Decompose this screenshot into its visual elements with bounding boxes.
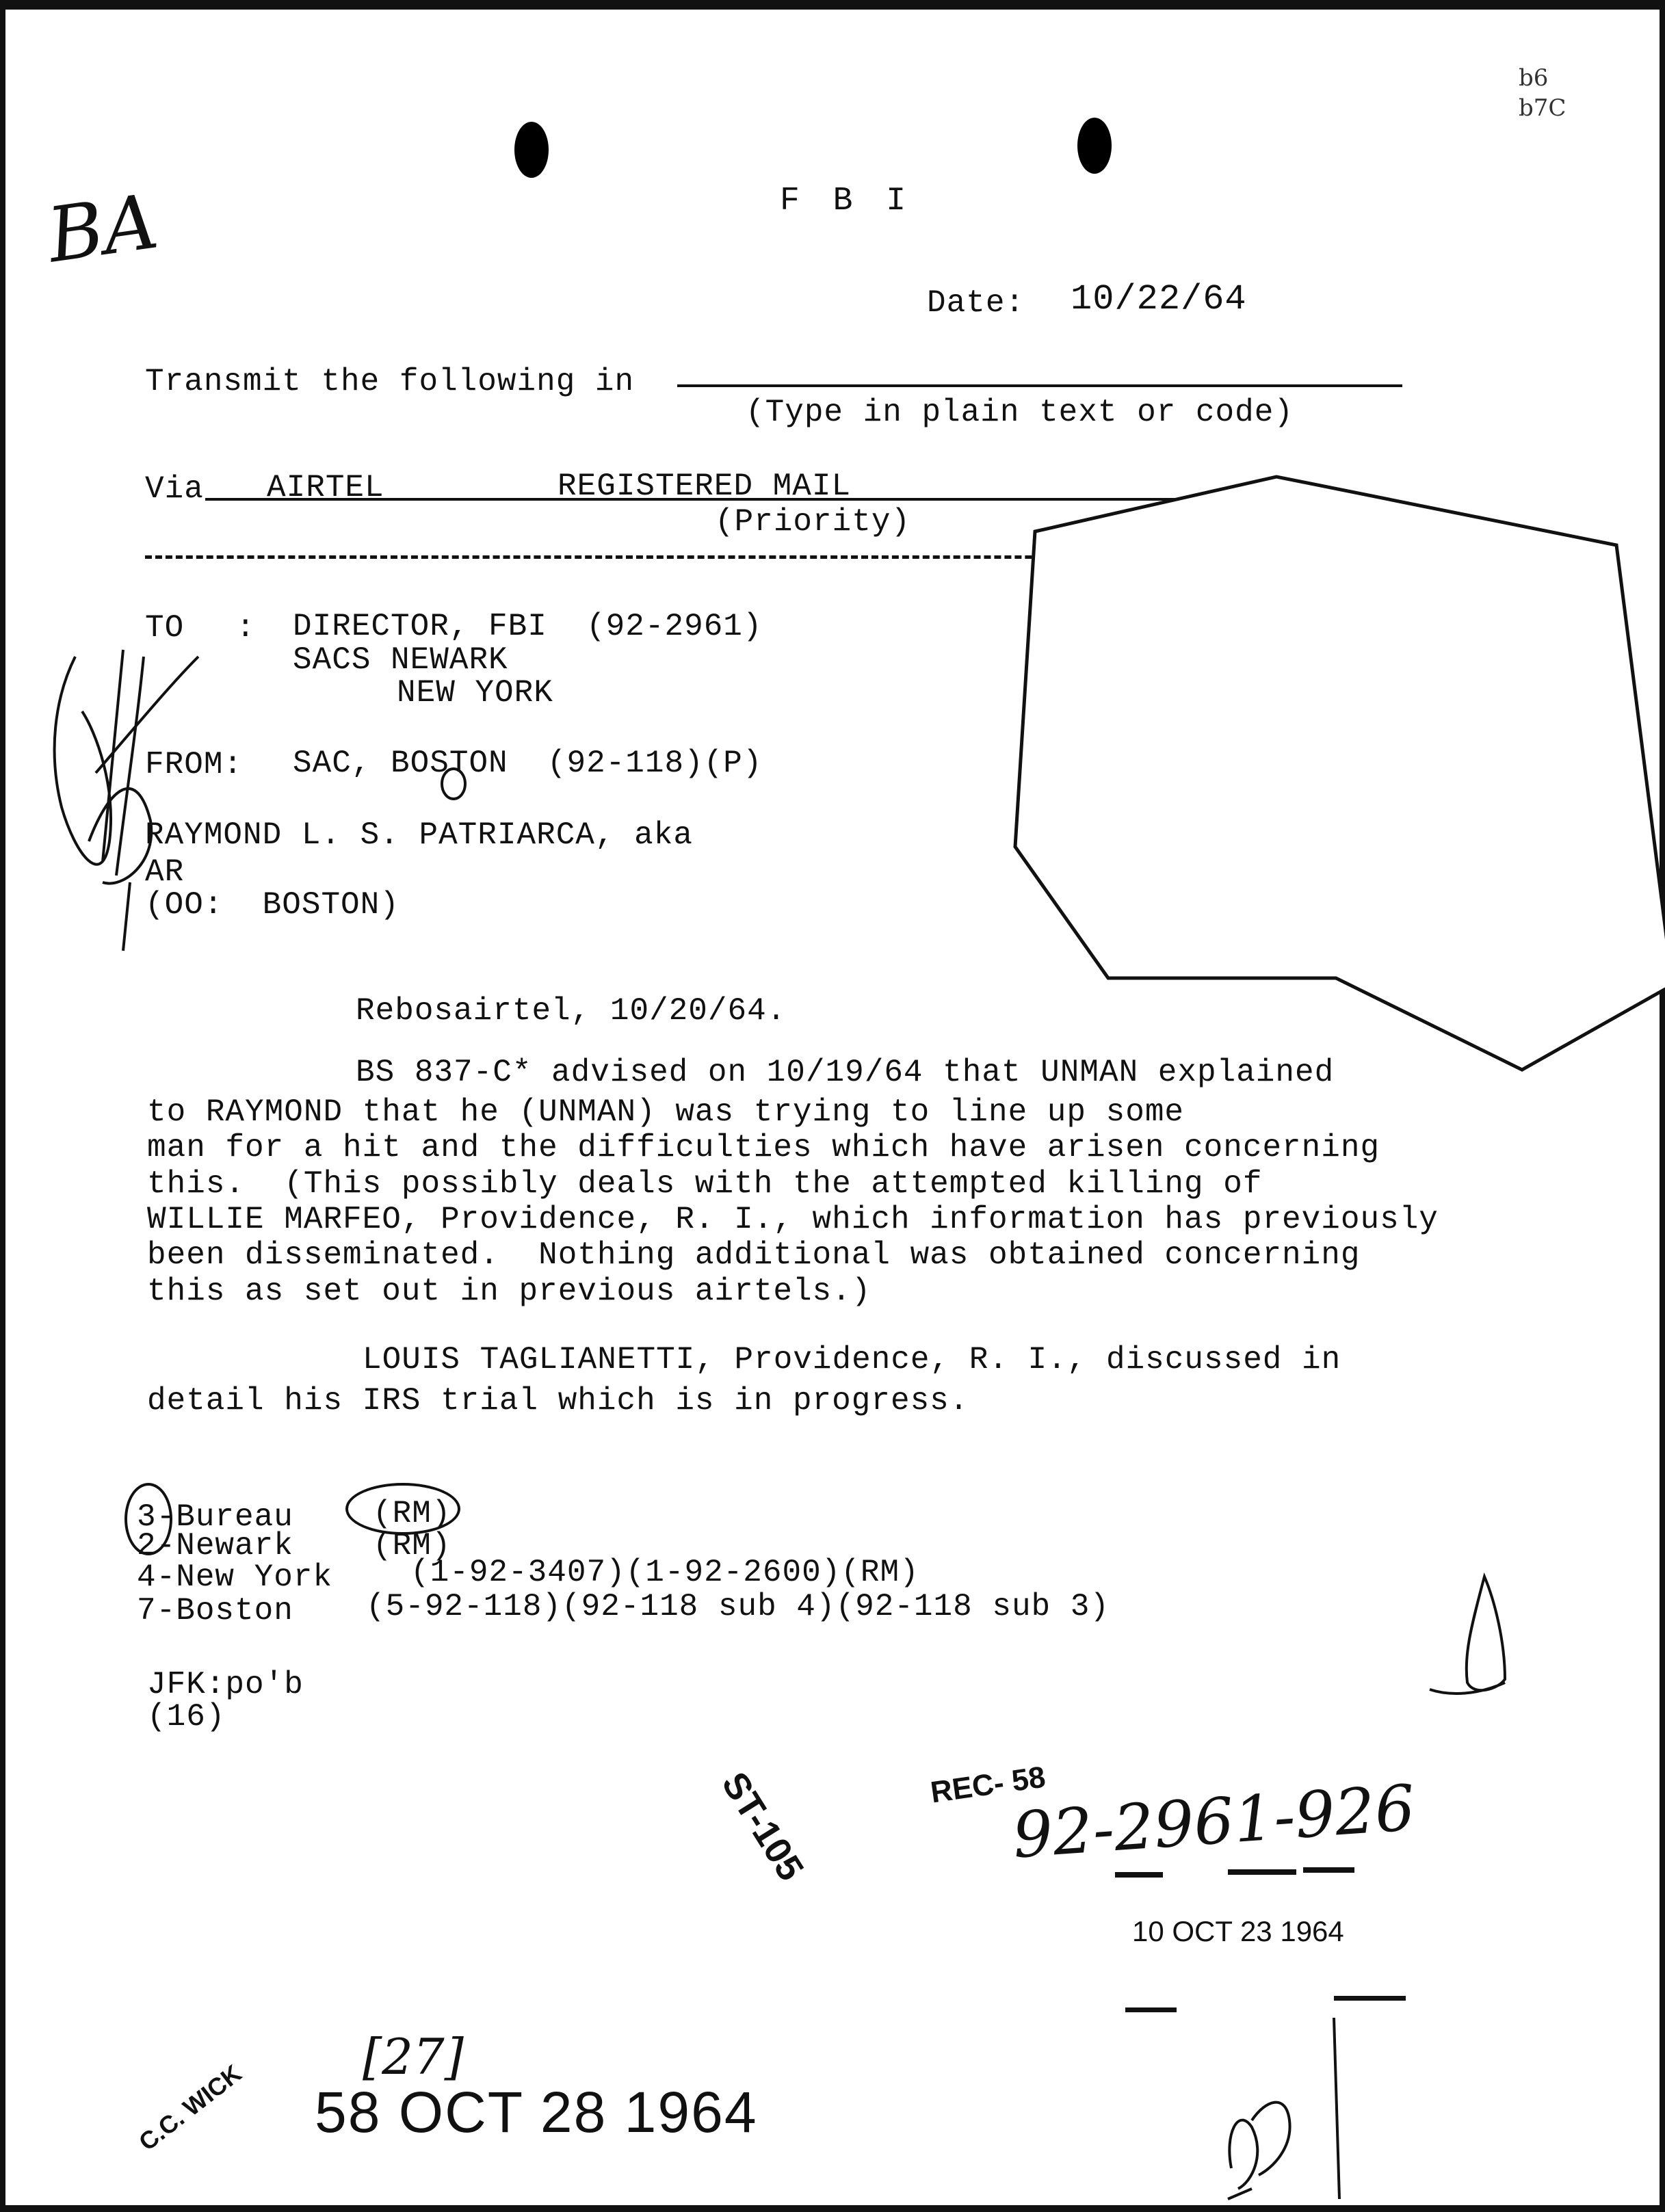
marks-overlay <box>0 0 1665 2212</box>
redaction-outline <box>1015 477 1665 1070</box>
hand-circle-mark <box>442 769 465 799</box>
document-page: b6 b7C BA F B I Date: 10/22/64 Transmit … <box>0 0 1665 2212</box>
handwritten-signature-left <box>55 650 198 951</box>
handwritten-d-mark <box>1430 1577 1505 1694</box>
handwritten-signature-bottom <box>1228 2018 1339 2199</box>
